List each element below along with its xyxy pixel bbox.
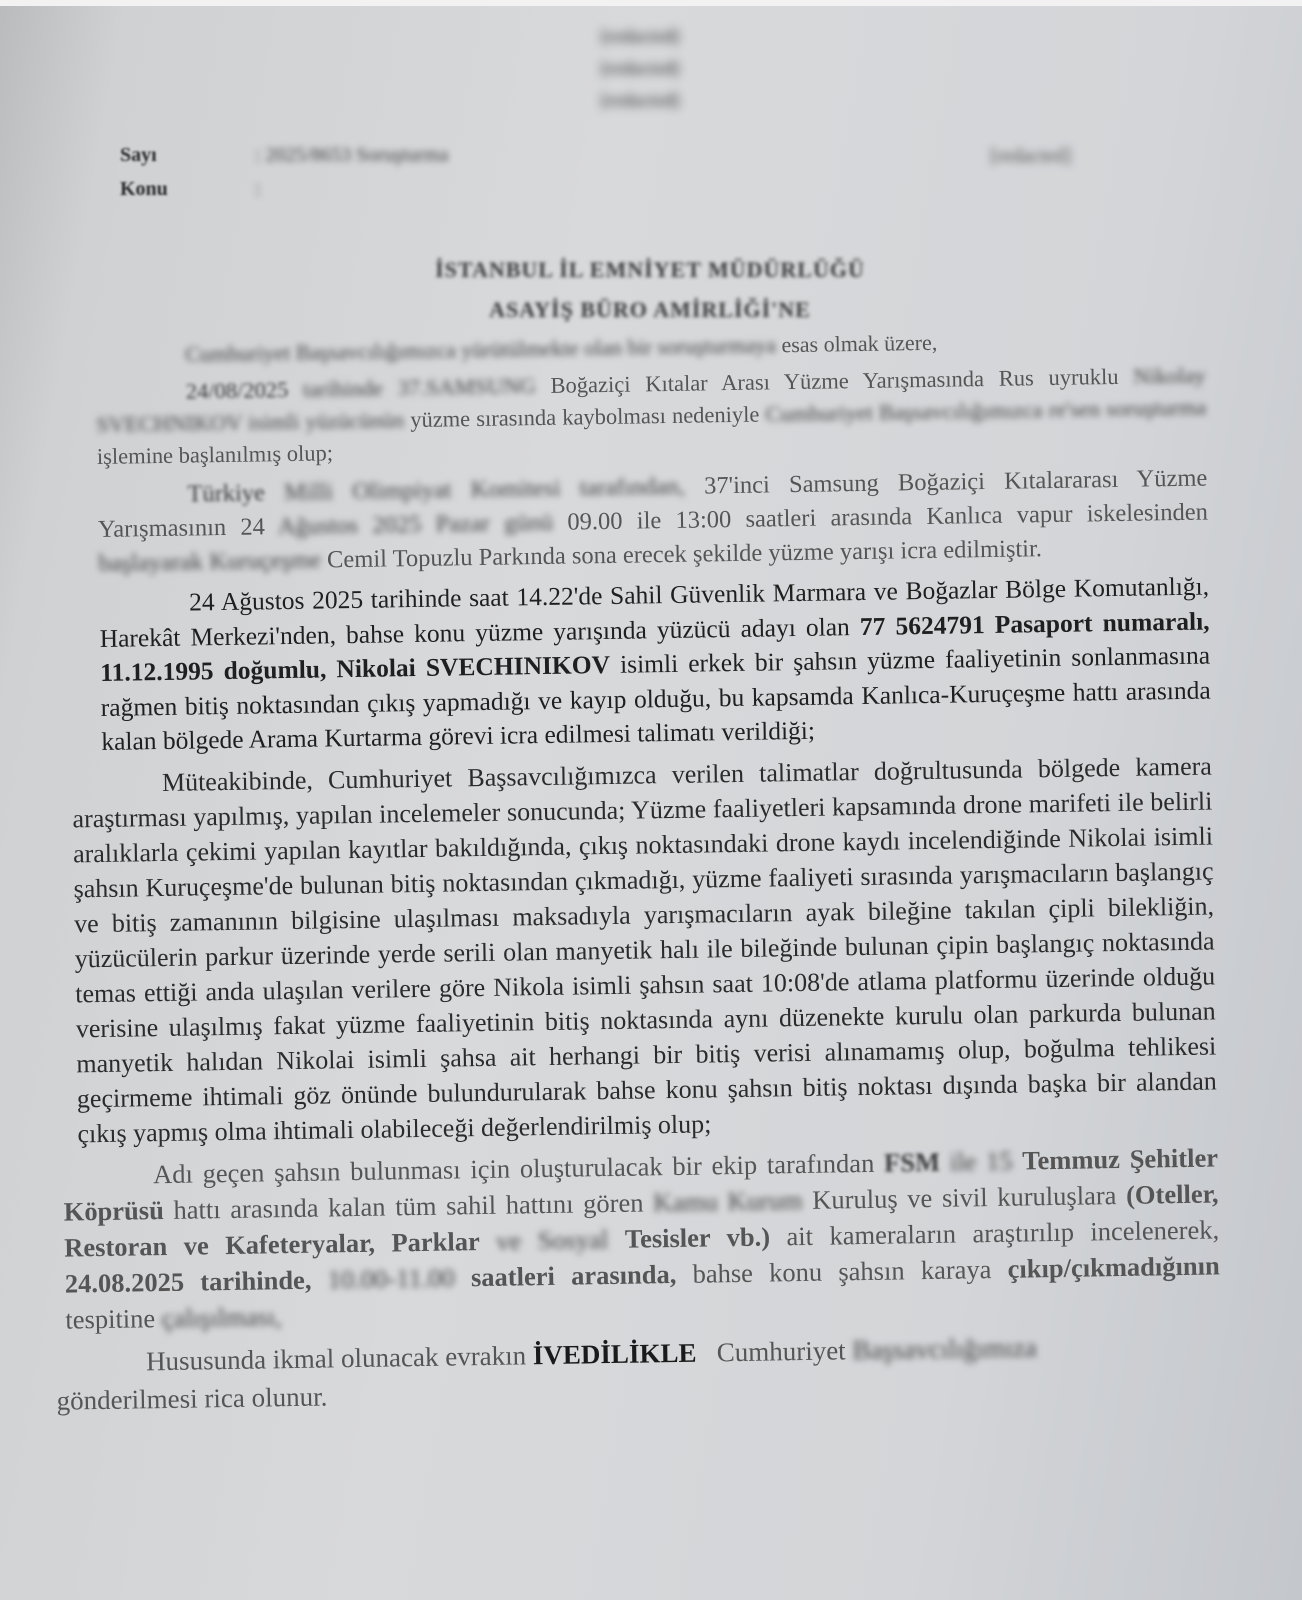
letterhead-redacted: [redacted] [redacted] [redacted]: [380, 20, 900, 116]
redacted-text: 10.00-11.00: [311, 1262, 455, 1294]
paragraph-text: Türkiye: [187, 479, 284, 508]
paragraph-7: Hususunda ikmal olunacak evrakın İVEDİLİ…: [56, 1325, 1222, 1419]
bold-text: FSM: [884, 1146, 940, 1177]
letter-page: [redacted] [redacted] [redacted] Sayı : …: [0, 0, 1302, 1600]
redacted-text: Ağustos 2025 Pazar günü: [278, 509, 554, 540]
redacted-text: ve Sosyal: [480, 1224, 609, 1256]
paragraph-6: Adı geçen şahsın bulunması için oluşturu…: [63, 1139, 1221, 1337]
paragraph-text: ait kameraların araştırılıp incelenerek,: [770, 1214, 1220, 1251]
paragraph-text: bahse konu şahsın karaya: [676, 1253, 1008, 1288]
paragraph-text: Müteakibinde, Cumhuriyet Başsavcılığımız…: [72, 751, 1217, 1148]
paragraph-3: Türkiye Milli Olimpiyat Komitesi tarafın…: [97, 462, 1208, 581]
bold-text: Tesisler vb.): [625, 1221, 771, 1253]
paragraph-text: Hususunda ikmal olunacak evrakın: [146, 1340, 533, 1376]
redacted-text: ile 15: [940, 1145, 1013, 1176]
letterhead-line-1: [redacted]: [380, 20, 900, 52]
closing-text: gönderilmesi rica olunur.: [0, 1377, 328, 1421]
paragraph-4: 24 Ağustos 2025 tarihinde saat 14.22'de …: [99, 570, 1212, 760]
urgent-bold: İVEDİLİKLE: [533, 1337, 697, 1370]
paragraph-2: 24/08/2025 tarihinde 37.SAMSUNG Boğaziçi…: [96, 360, 1207, 473]
paragraph-text: Cumhuriyet: [710, 1335, 853, 1367]
redacted-text: Cumhuriyet Başsavcılığımızca yürütülmekt…: [185, 332, 776, 366]
paragraph-text: Adı geçen şahsın bulunması için oluşturu…: [153, 1147, 884, 1188]
bold-text: saatleri arasında,: [471, 1258, 677, 1291]
addressee: İSTANBUL İL EMNİYET MÜDÜRLÜĞÜ ASAYİŞ BÜR…: [300, 250, 1000, 330]
redacted-text: Kamu Kurum: [653, 1184, 803, 1216]
addressee-line-1: İSTANBUL İL EMNİYET MÜDÜRLÜĞÜ: [300, 250, 1000, 290]
konu-value: :: [255, 178, 261, 200]
redacted-text: Başsavcılığımıza: [852, 1332, 1037, 1365]
paragraph-text: Boğaziçi Kıtalar Arası Yüzme Yarışmasınd…: [550, 364, 1133, 398]
redacted-text: tarihinde 37.SAMSUNG: [288, 373, 551, 402]
letterhead-line-2: [redacted]: [380, 52, 900, 84]
bold-date: 24.08.2025 tarihinde,: [65, 1264, 312, 1298]
paragraph-text: esas olmak üzere,: [776, 330, 938, 358]
paragraph-text: 09.00 ile 13:00 saatleri arasında Kanlıc…: [553, 499, 1208, 536]
redacted-text: Milli Olimpiyat Komitesi tarafından,: [284, 473, 685, 506]
bold-text: çıkıp/çıkmadığının: [1007, 1250, 1220, 1283]
redacted-text: başlayarak Kuruçeşme: [98, 546, 321, 576]
paragraph-text: 24/08/2025: [186, 377, 289, 404]
document-meta: Sayı : 2025/8653 Soruşturma Konu :: [120, 138, 448, 206]
paragraph-text: tespitine: [65, 1303, 162, 1335]
paragraph-text: yüzme sırasında kaybolması nedeniyle: [404, 401, 766, 432]
paragraph-text: Kuruluş ve sivil kuruluşlara: [802, 1179, 1126, 1214]
sayi-value: : 2025/8653 Soruşturma: [255, 144, 448, 166]
paragraph-5: Müteakibinde, Cumhuriyet Başsavcılığımız…: [72, 748, 1218, 1151]
document-date-redacted: [redacted]: [990, 145, 1071, 168]
redacted-text: çalışılması,: [162, 1301, 282, 1333]
konu-label: Konu: [120, 172, 250, 206]
paragraph-text: işlemine başlanılmış olup;: [97, 440, 334, 469]
redacted-text: Cumhuriyet Başsavcılığımızca re'sen soru…: [765, 395, 1206, 427]
sayi-label: Sayı: [120, 138, 250, 172]
paragraph-text: Cemil Topuzlu Parkında sona erecek şekil…: [321, 535, 1042, 573]
addressee-line-2: ASAYİŞ BÜRO AMİRLİĞİ'NE: [300, 290, 1000, 330]
paragraph-text: hattı arasında kalan tüm sahil hattını g…: [164, 1187, 654, 1225]
letterhead-line-3: [redacted]: [380, 84, 900, 116]
letter-body: Cumhuriyet Başsavcılığımızca yürütülmekt…: [95, 323, 1222, 1425]
